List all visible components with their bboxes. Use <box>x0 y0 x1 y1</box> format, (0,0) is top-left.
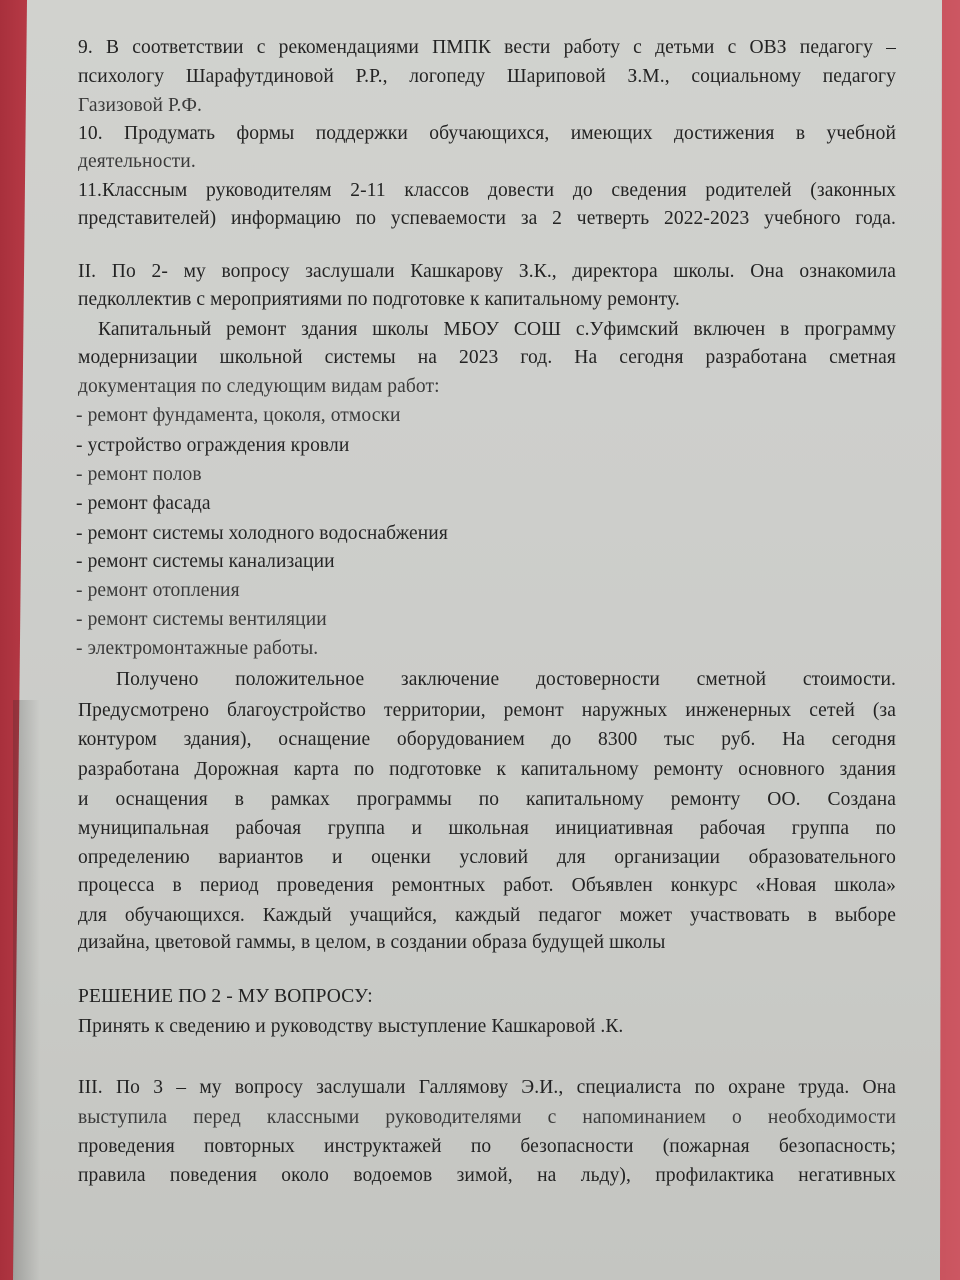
section3-line-4: правила поведения около водоемов зимой, … <box>78 1164 896 1188</box>
item10-line-2: деятельности. <box>78 150 896 174</box>
works-list-item: - ремонт полов <box>76 463 202 487</box>
section2-para2-line-10: дизайна, цветовой гаммы, в целом, в созд… <box>78 931 896 955</box>
section3-line-2: выступила перед классными руководителями… <box>78 1106 896 1130</box>
item9-line-2: психологу Шарафутдиновой Р.Р., логопеду … <box>78 65 896 89</box>
section2-para1-line-2: модернизации школьной системы на 2023 го… <box>78 346 896 370</box>
section2-para2-line-5: и оснащения в рамках программы по капита… <box>78 788 896 812</box>
section2-intro-line-2: педколлектив с мероприятиями по подготов… <box>78 288 896 312</box>
section2-para2-line-2: Предусмотрено благоустройство территории… <box>78 699 896 723</box>
section2-para2-line-7: определению вариантов и оценки условий д… <box>78 846 896 870</box>
section2-para2-line-1: Получено положительное заключение достов… <box>116 668 896 692</box>
item9-line-1: 9. В соответствии с рекомендациями ПМПК … <box>78 36 896 60</box>
section2-para2-line-8: процесса в период проведения ремонтных р… <box>78 874 896 898</box>
item11-line-2: представителей) информацию по успеваемос… <box>78 207 896 231</box>
section2-para2-line-3: контуром здания), оснащение оборудование… <box>78 728 896 752</box>
section2-para2-line-4: разработана Дорожная карта по подготовке… <box>78 758 896 782</box>
decision-text: Принять к сведению и руководству выступл… <box>78 1015 896 1039</box>
section3-line-1: III. По 3 – му вопросу заслушали Галлямо… <box>78 1076 896 1100</box>
works-list-item: - устройство ограждения кровли <box>76 434 349 458</box>
works-list-item: - ремонт системы вентиляции <box>76 608 327 632</box>
section2-para1-line-1: Капитальный ремонт здания школы МБОУ СОШ… <box>98 318 896 342</box>
works-list-item: - ремонт системы холодного водоснабжения <box>76 522 448 546</box>
works-list-item: - ремонт фундамента, цоколя, отмоски <box>76 404 401 428</box>
works-list-item: - ремонт фасада <box>76 492 211 516</box>
works-list-item: - ремонт отопления <box>76 579 240 603</box>
works-list-item: - электромонтажные работы. <box>76 637 318 661</box>
item11-line-1: 11.Классным руководителям 2-11 классов д… <box>78 179 896 203</box>
section2-para2-line-9: для обучающихся. Каждый учащийся, каждый… <box>78 904 896 928</box>
item9-line-3: Газизовой Р.Ф. <box>78 94 896 118</box>
section2-intro-line-1: II. По 2- му вопросу заслушали Кашкарову… <box>78 260 896 284</box>
section2-para2-line-6: муниципальная рабочая группа и школьная … <box>78 817 896 841</box>
works-list-item: - ремонт системы канализации <box>76 550 335 574</box>
decision-heading: РЕШЕНИЕ ПО 2 - МУ ВОПРОСУ: <box>78 985 896 1009</box>
section2-para1-line-3: документация по следующим видам работ: <box>78 375 896 399</box>
item10-line-1: 10. Продумать формы поддержки обучающихс… <box>78 122 896 146</box>
section3-line-3: проведения повторных инструктажей по без… <box>78 1135 896 1159</box>
